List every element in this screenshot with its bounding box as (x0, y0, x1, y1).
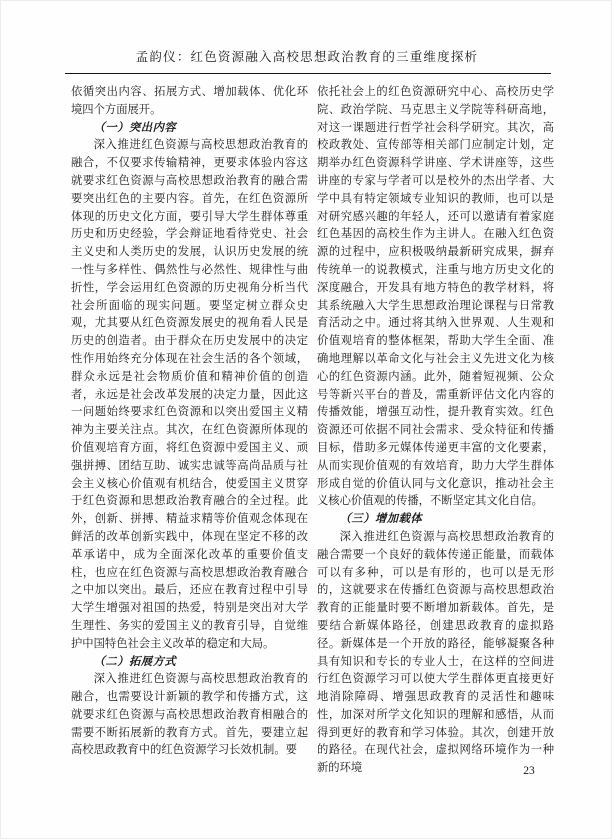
document-page: 孟韵仪：红色资源融入高校思想政治教育的三重维度探析 依循突出内容、拓展方式、增加… (0, 0, 612, 839)
column-left: 依循突出内容、拓展方式、增加载体、优化环境四个方面展开。 （一）突出内容 深入推… (71, 84, 308, 778)
section-heading-3: （三）增加载体 (317, 511, 554, 529)
header-rule (65, 73, 551, 74)
paragraph-continuation: 依托社会上的红色资源研究中心、高校历史学院、政治学院、马克思主义学院等科研高地，… (317, 84, 554, 511)
running-title: 孟韵仪：红色资源融入高校思想政治教育的三重维度探析 (1, 47, 612, 65)
paragraph: 深入推进红色资源与高校思想政治教育的融合，也需要设计新颖的教学和传播方式，这就要… (71, 671, 308, 760)
section-heading-1: （一）突出内容 (71, 120, 308, 138)
article-body: 依循突出内容、拓展方式、增加载体、优化环境四个方面展开。 （一）突出内容 深入推… (71, 84, 555, 778)
page-number: 23 (515, 765, 543, 777)
paragraph: 深入推进红色资源与高校思想政治教育的融合，不仅要求传输精神，更要求体验内容这就要… (71, 137, 308, 653)
column-right: 依托社会上的红色资源研究中心、高校历史学院、政治学院、马克思主义学院等科研高地，… (317, 84, 554, 778)
paragraph: 深入推进红色资源与高校思想政治教育的融合需要一个良好的载体传递正能量，而载体可以… (317, 529, 554, 778)
paragraph-continuation: 依循突出内容、拓展方式、增加载体、优化环境四个方面展开。 (71, 84, 308, 120)
section-heading-2: （二）拓展方式 (71, 654, 308, 672)
